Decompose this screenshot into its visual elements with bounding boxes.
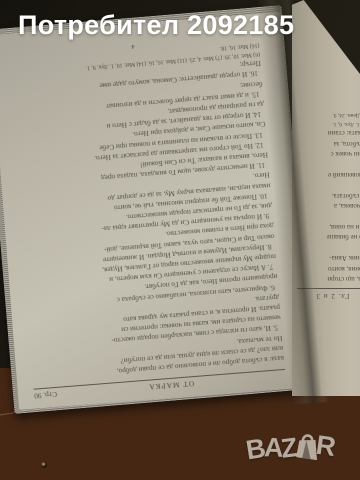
bazar-watermark: B A Z R [246,429,334,462]
right-page-footnotes: 52, 1. Лук. 6, 1.32. Деян. 24, 9. [297,111,360,127]
seller-username-overlay: Потребител 2092185 [18,10,348,41]
right-page-text: Гл. 2 и 3 ела, що стории ония, коитощени… [297,30,360,300]
left-page-text: ОТ МАРКА Стр. 90 каза: в събота добро ли… [6,20,286,401]
page-number: Стр. 90 [34,390,58,401]
right-page-verses: ела, що стории ония, коитощеник Авиа- що… [297,128,360,284]
book-left-page: ОТ МАРКА Стр. 90 каза: в събота добро ли… [0,12,310,410]
bible-line: ела, що стори [297,274,360,284]
bible-line: за човека, а [297,201,360,211]
bible-line [297,180,360,190]
bible-line [297,211,360,221]
bible-line: щеник Авиа- [297,253,360,263]
footnote-line: 32. Деян. 24, 9. [297,111,360,119]
watermark-letter: A [263,434,281,461]
footnote-line: 52, 1. Лук. 6, 1. [297,119,360,127]
bible-line [297,242,360,252]
bible-line: не и на ония, [297,222,360,232]
bible-line: що не биваше [297,232,360,242]
bible-line: ръката: стани [297,128,360,138]
bible-line: в събота, за [297,138,360,148]
watermark-letter: R [314,432,335,460]
header-rule [297,288,360,289]
left-page-verses: каза: в събота добро ли е позволено да с… [9,58,284,383]
wood-screw-dot [41,462,47,468]
chapter-header: Гл. 2 и 3 [297,291,360,300]
right-page-header: Гл. 2 и 3 [297,291,360,300]
bible-line: на съботата. [297,190,360,200]
bible-line: един човек с [297,149,360,159]
bible-line: и ония, които [297,263,360,273]
listing-photo[interactable]: ОТ МАРКА Стр. 90 каза: в събота добро ли… [0,0,360,480]
watermark-letter: B [244,435,265,463]
book-right-page: Гл. 2 и 3 ела, що стории ония, коитощени… [292,0,360,396]
bible-line [297,159,360,169]
bible-line: и човешкий е [297,170,360,180]
